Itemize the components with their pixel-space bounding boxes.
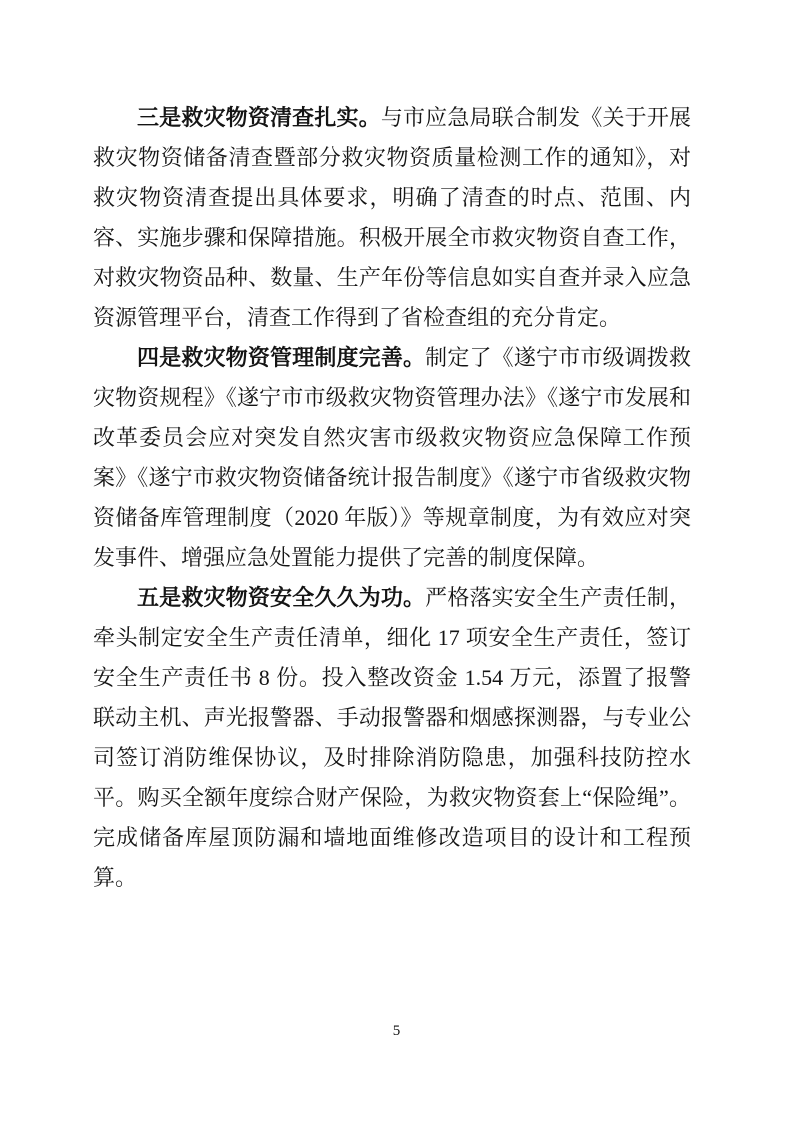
page-number: 5 bbox=[0, 1021, 793, 1041]
document-page: 三是救灾物资清查扎实。与市应急局联合制发《关于开展救灾物资储备清查暨部分救灾物资… bbox=[0, 0, 793, 1122]
paragraph: 五是救灾物资安全久久为功。严格落实安全生产责任制，牵头制定安全生产责任清单，细化… bbox=[93, 578, 691, 898]
paragraph-lead: 三是救灾物资清查扎实。 bbox=[137, 105, 381, 130]
paragraph: 三是救灾物资清查扎实。与市应急局联合制发《关于开展救灾物资储备清查暨部分救灾物资… bbox=[93, 98, 691, 338]
paragraph-body: 制定了《遂宁市市级调拨救灾物资规程》《遂宁市市级救灾物资管理办法》《遂宁市发展和… bbox=[93, 345, 691, 570]
paragraph: 四是救灾物资管理制度完善。制定了《遂宁市市级调拨救灾物资规程》《遂宁市市级救灾物… bbox=[93, 338, 691, 578]
page-body-text: 三是救灾物资清查扎实。与市应急局联合制发《关于开展救灾物资储备清查暨部分救灾物资… bbox=[93, 98, 691, 898]
paragraph-lead: 四是救灾物资管理制度完善。 bbox=[137, 345, 425, 370]
paragraph-lead: 五是救灾物资安全久久为功。 bbox=[137, 585, 425, 610]
paragraph-body: 严格落实安全生产责任制，牵头制定安全生产责任清单，细化 17 项安全生产责任，签… bbox=[93, 585, 691, 890]
paragraph-body: 与市应急局联合制发《关于开展救灾物资储备清查暨部分救灾物资质量检测工作的通知》，… bbox=[93, 105, 691, 330]
